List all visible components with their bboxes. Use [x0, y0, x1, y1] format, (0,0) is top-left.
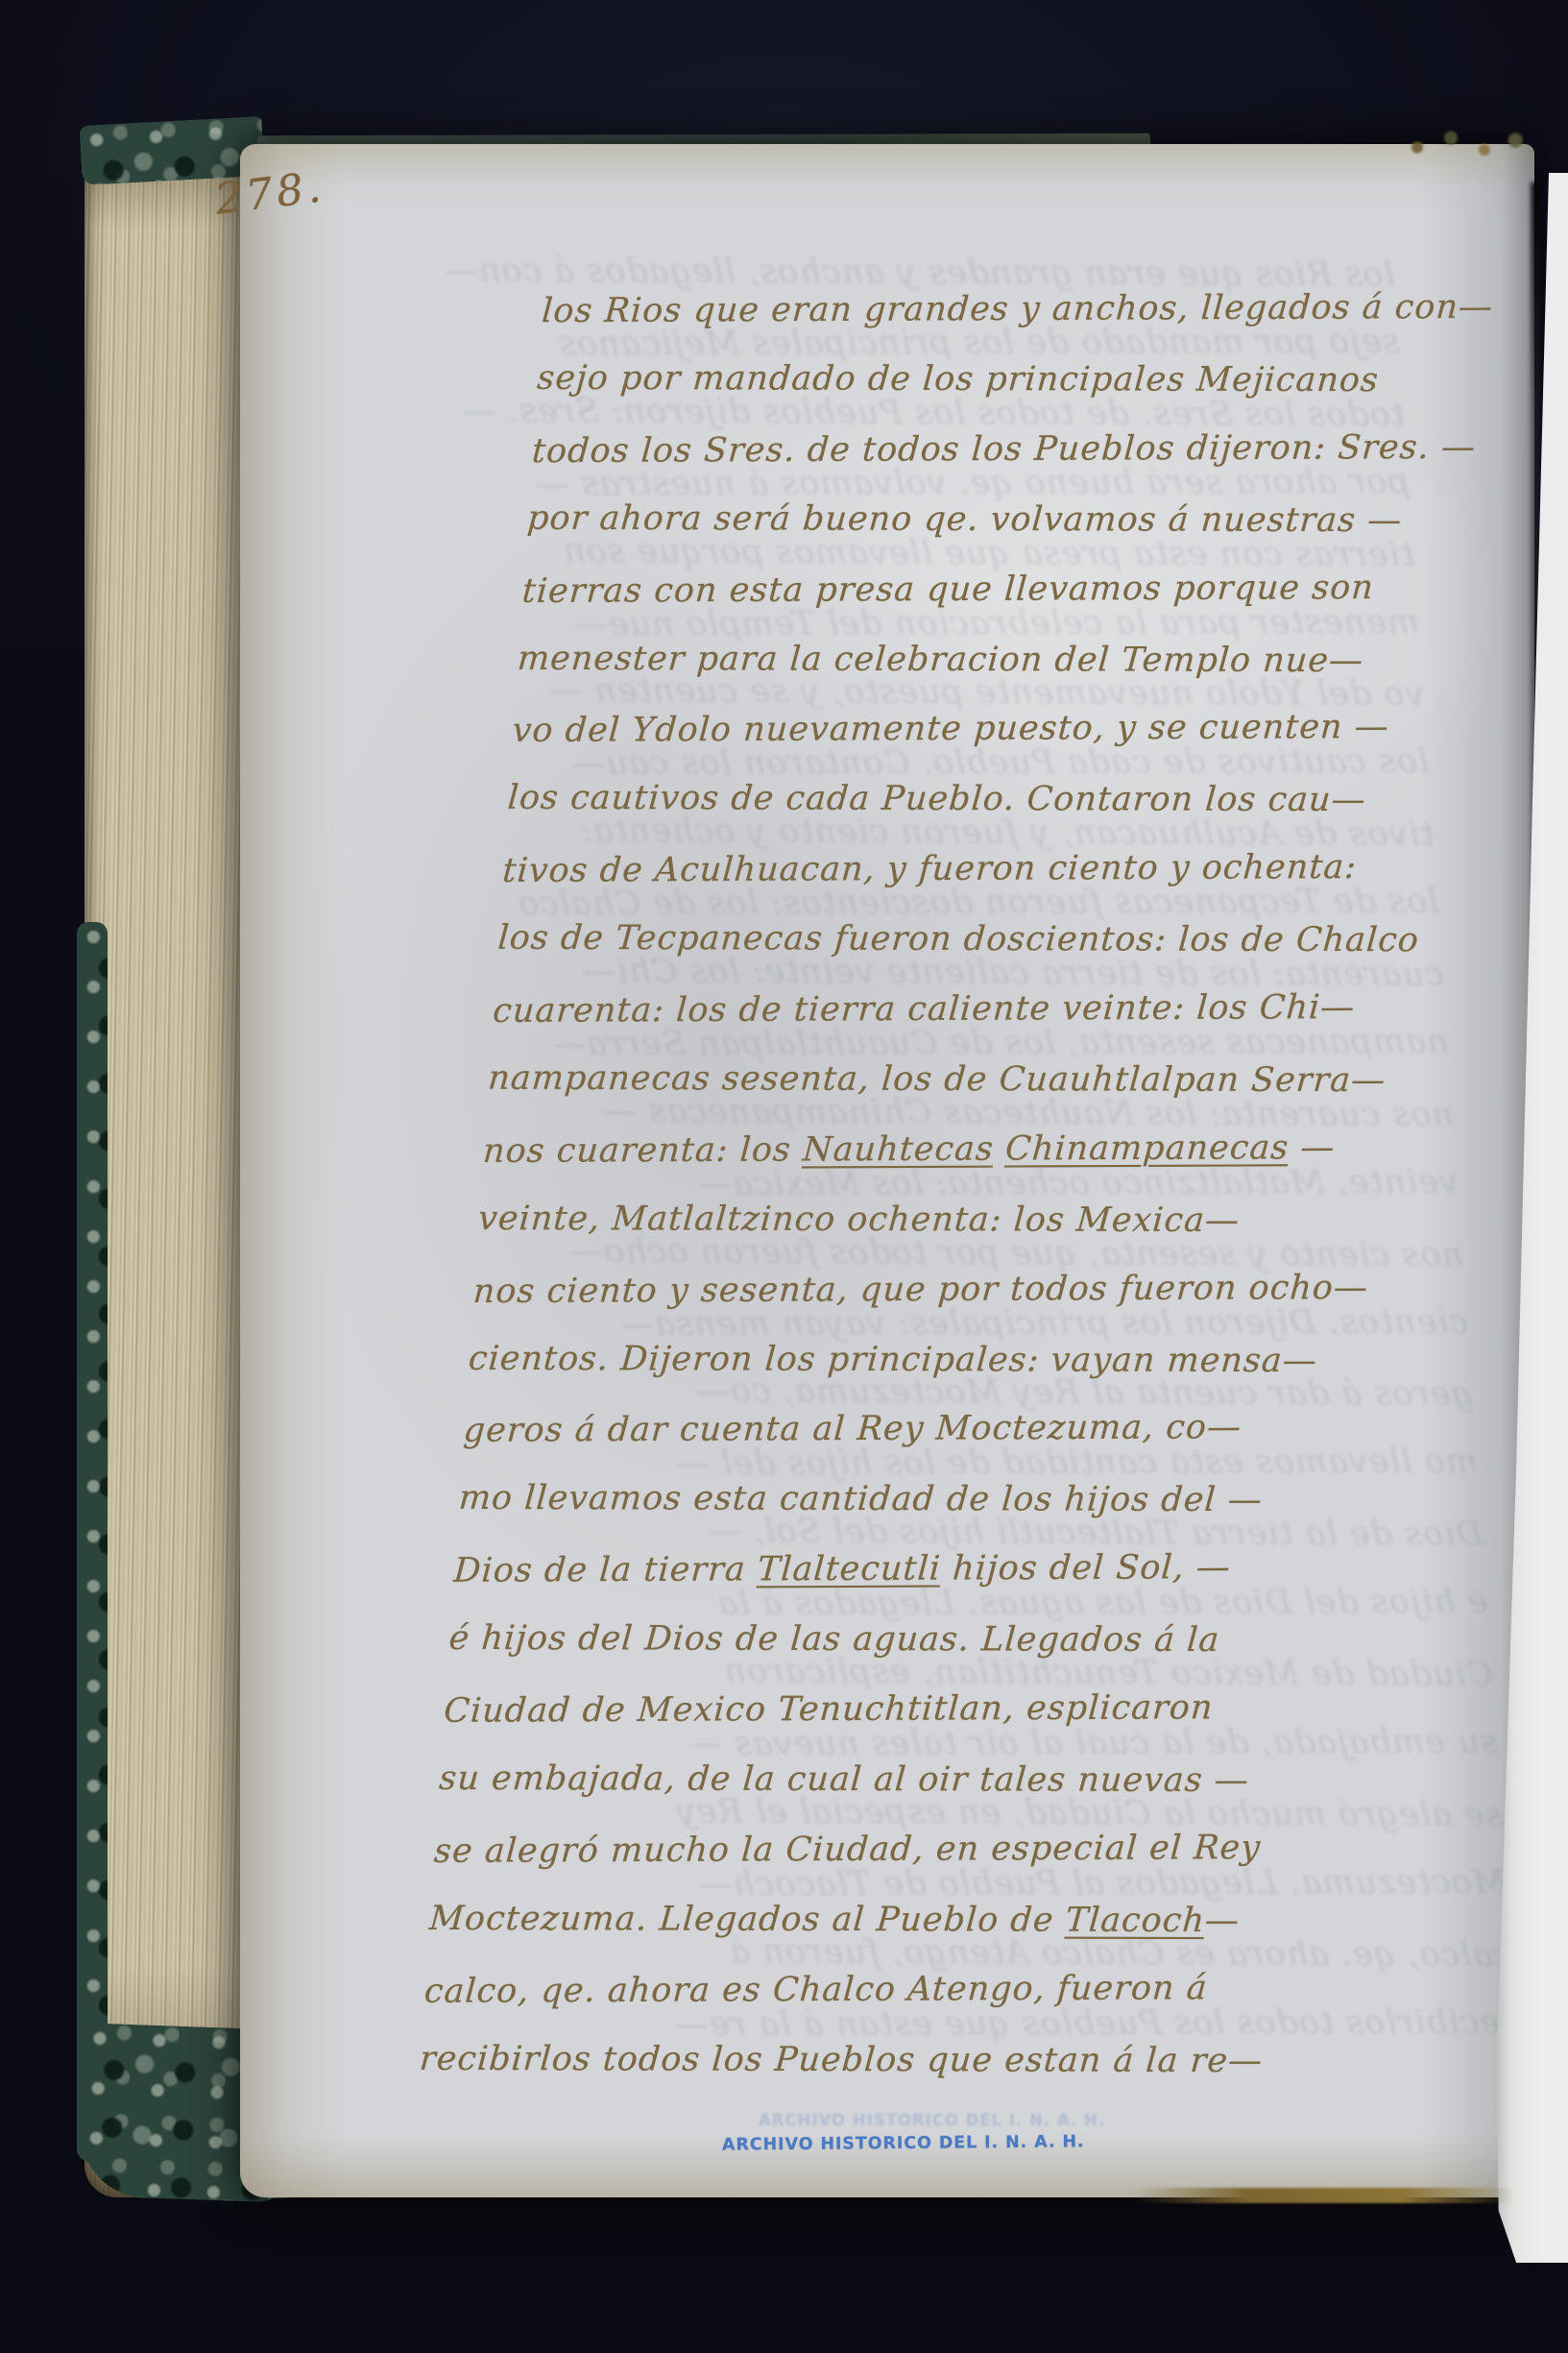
archive-stamp-ghost: ARCHIVO HISTORICO DEL I. N. A. H. — [759, 2111, 1105, 2129]
manuscript-line: cientos. Dijeron los principales: vayan … — [467, 1329, 1319, 1389]
manuscript-text: veinte, Matlaltzinco ochenta: los Mexica… — [477, 1200, 1242, 1240]
manuscript-line: nos ciento y sesenta, que por todos fuer… — [471, 1259, 1370, 1321]
manuscript-line: Dios de la tierra Tlaltecutli hijos del … — [452, 1539, 1233, 1600]
underlined-word: Chinampanecas — [1004, 1128, 1291, 1168]
manuscript-text: calco, qe. ahora es Chalco Atengo, fuero… — [423, 1969, 1209, 2011]
manuscript-text: sejo por mandado de los principales Meji… — [536, 359, 1380, 400]
manuscript-line: Ciudad de Mexico Tenuchtitlan, esplicaro… — [442, 1679, 1215, 1739]
manuscript-line: veinte, Matlaltzinco ochenta: los Mexica… — [476, 1190, 1242, 1249]
manuscript-line: los de Tecpanecas fueron doscientos: los… — [495, 910, 1421, 970]
marbled-cover-left-edge — [77, 922, 108, 2161]
manuscript-line: vo del Ydolo nuevamente puesto, y se cue… — [511, 698, 1391, 760]
manuscript-line: todos los Sres. de todos los Pueblos dij… — [530, 419, 1478, 480]
manuscript-text: recibirlos todos los Pueblos que estan á… — [419, 2039, 1265, 2079]
manuscript-text: — — [1203, 1902, 1241, 1940]
manuscript-text: los Rios que eran grandes y anchos, lleg… — [541, 288, 1494, 330]
underlined-word: Nauhtecas — [802, 1129, 995, 1169]
manuscript-line: sejo por mandado de los principales Meji… — [535, 350, 1381, 409]
underlined-word: Tlaltecutli — [757, 1550, 943, 1589]
manuscript-text: — — [1288, 1128, 1337, 1167]
manuscript-text: Dios de la tierra — [452, 1551, 759, 1590]
manuscript-text: cuarenta: los de tierra caliente veinte:… — [492, 988, 1357, 1031]
manuscript-line: los Rios que eran grandes y anchos, lleg… — [540, 279, 1495, 340]
manuscript-line: recibirlos todos los Pueblos que estan á… — [418, 2029, 1265, 2089]
manuscript-line: su embajada, de la cual al oir tales nue… — [437, 1750, 1251, 1809]
manuscript-text: los de Tecpanecas fueron doscientos: los… — [496, 919, 1420, 960]
manuscript-photo: los Rios que eran grandes y anchos, lleg… — [0, 0, 1568, 2353]
manuscript-line: menester para la celebracion del Templo … — [516, 629, 1365, 689]
manuscript-lines: los Rios que eran grandes y anchos, lleg… — [412, 280, 1568, 2163]
manuscript-text: tierras con esta presa que llevamos porq… — [521, 569, 1376, 611]
underlined-word: Tlacoch — [1064, 1901, 1206, 1939]
manuscript-text: é hijos del Dios de las aguas. Llegados … — [447, 1619, 1221, 1660]
manuscript-line: calco, qe. ahora es Chalco Atengo, fuero… — [422, 1959, 1210, 2021]
manuscript-line: geros á dar cuenta al Rey Moctezuma, co— — [462, 1399, 1243, 1461]
manuscript-line: cuarenta: los de tierra caliente veinte:… — [491, 979, 1357, 1040]
manuscript-text: los cautivos de cada Pueblo. Contaron lo… — [506, 779, 1367, 819]
manuscript-text: todos los Sres. de todos los Pueblos dij… — [531, 428, 1478, 471]
manuscript-text: por ahora será bueno qe. volvamos á nues… — [526, 498, 1404, 539]
debris-top-right — [1397, 121, 1532, 169]
manuscript-text: tivos de Aculhuacan, y fueron ciento y o… — [501, 848, 1358, 890]
manuscript-line: é hijos del Dios de las aguas. Llegados … — [446, 1610, 1221, 1669]
manuscript-line: se alegró mucho la Ciudad, en especial e… — [432, 1819, 1263, 1880]
manuscript-line: Moctezuma. Llegados al Pueblo de Tlacoch… — [427, 1890, 1242, 1950]
manuscript-text: cientos. Dijeron los principales: vayan … — [468, 1339, 1319, 1379]
manuscript-line: tierras con esta presa que llevamos porq… — [520, 559, 1376, 620]
binding-bottom-edge — [1133, 2188, 1517, 2203]
manuscript-line: mo llevamos esta cantidad de los hijos d… — [457, 1469, 1265, 1529]
manuscript-text: hijos del Sol, — — [940, 1548, 1233, 1588]
manuscript-text: menester para la celebracion del Templo … — [517, 639, 1365, 679]
manuscript-text: nos ciento y sesenta, que por todos fuer… — [472, 1269, 1370, 1311]
manuscript-text: nos cuarenta: los — [482, 1130, 805, 1170]
manuscript-line: los cautivos de cada Pueblo. Contaron lo… — [506, 769, 1368, 829]
manuscript-text: Ciudad de Mexico Tenuchtitlan, esplicaro… — [443, 1688, 1215, 1730]
archive-stamp: ARCHIVO HISTORICO DEL I. N. A. H. — [722, 2132, 1085, 2154]
manuscript-text: mo llevamos esta cantidad de los hijos d… — [457, 1479, 1264, 1519]
manuscript-text: se alegró mucho la Ciudad, en especial e… — [433, 1829, 1263, 1871]
manuscript-line: nampanecas sesenta, los de Cuauhtlalpan … — [486, 1050, 1387, 1109]
manuscript-text: su embajada, de la cual al oir tales nue… — [438, 1759, 1250, 1800]
manuscript-line: por ahora será bueno qe. volvamos á nues… — [525, 489, 1404, 548]
manuscript-text: vo del Ydolo nuevamente puesto, y se cue… — [511, 708, 1390, 750]
manuscript-text: nampanecas sesenta, los de Cuauhtlalpan … — [487, 1059, 1387, 1100]
manuscript-text: geros á dar cuenta al Rey Moctezuma, co— — [462, 1409, 1242, 1451]
manuscript-line: tivos de Aculhuacan, y fueron ciento y o… — [501, 838, 1359, 900]
manuscript-text: Moctezuma. Llegados al Pueblo de — [428, 1900, 1067, 1940]
manuscript-line: nos cuarenta: los Nauhtecas Chinampaneca… — [481, 1119, 1337, 1180]
